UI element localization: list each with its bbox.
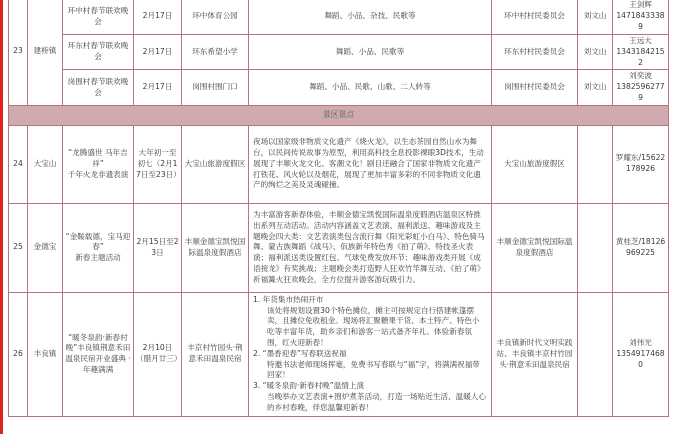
town-name: 大宝山 <box>28 125 63 203</box>
event-leader: 刘文山 <box>578 0 613 35</box>
event-contact: 刘奕波 13825962779 <box>613 70 669 105</box>
table-row: 25 金德宝 “金鞍载德，宝马迎春” 新春主题活动 2月15日至23日 丰顺金德… <box>9 203 669 292</box>
town-name: 金德宝 <box>28 203 63 292</box>
event-name: 岗围村春节联欢晚会 <box>63 70 134 105</box>
content-item-title: 1. 年货集市热闹开市 <box>253 295 487 306</box>
event-venue: 丰京村竹园头·荆意禾田温泉民宿 <box>182 292 249 416</box>
event-content: 1. 年货集市热闹开市 该处将规划设置30个特色摊位，摊主可按规定自行搭建帐篷摆… <box>249 292 492 416</box>
table-row: 26 丰良镇 “暖冬泉韵·新春村晚”丰良镇荆意禾田温泉民宿开业盛典 · 年趣满满… <box>9 292 669 416</box>
event-title: “龙腾盛世 马年吉祥” <box>65 148 131 170</box>
section-header-scenic: 景区景点 <box>9 105 669 125</box>
town-name: 建桥镇 <box>28 0 63 105</box>
row-number: 25 <box>9 203 28 292</box>
event-content: 舞蹈、小品、民歌等 <box>249 35 492 70</box>
table-row: 23 建桥镇 环中村春节联欢晚会 2月17日 环中体育公园 舞蹈、小品、杂技、民… <box>9 0 669 35</box>
content-item-body: 特邀书法老师现场挥毫，免费书写春联与“福”字，将满满祝福带回家！ <box>253 360 487 382</box>
event-organizer: 岗围村村民委员会 <box>492 70 578 105</box>
row-number: 24 <box>9 125 28 203</box>
section-row: 景区景点 <box>9 105 669 125</box>
contact-phone: 13825962779 <box>615 82 666 104</box>
table-row: 24 大宝山 “龙腾盛世 马年吉祥” 千年火龙非遗表演 大年初一至初七（2月17… <box>9 125 669 203</box>
event-subtitle: 新春主题活动 <box>65 253 131 264</box>
event-subtitle: 千年火龙非遗表演 <box>65 170 131 181</box>
content-item-title: 3. “暖冬泉韵·新春村晚”温情上演 <box>253 381 487 392</box>
event-leader <box>578 203 613 292</box>
event-contact: 王剑辉 14718433389 <box>613 0 669 35</box>
event-title: “金鞍载德，宝马迎春” <box>65 232 131 254</box>
event-date: 2月17日 <box>134 0 182 35</box>
left-accent-bar <box>0 0 3 434</box>
event-organizer: 丰顺金德宝凯悦国际温泉度假酒店 <box>492 203 578 292</box>
event-content: 舞蹈、小品、杂技、民歌等 <box>249 0 492 35</box>
event-date: 2月17日 <box>134 35 182 70</box>
content-item-body: 当晚举办文艺表演+围炉煮茶活动，打造一场贴近生活、温暖人心的乡村春晚，伴您温馨迎… <box>253 392 487 414</box>
event-organizer: 环东村村民委员会 <box>492 35 578 70</box>
contact-name: 王剑辉 <box>615 0 666 11</box>
contact-name: 刘奕波 <box>615 71 666 82</box>
event-leader <box>578 125 613 203</box>
event-content: 舞蹈、小品、民歌、山歌、二人转等 <box>249 70 492 105</box>
event-organizer: 大宝山旅游度假区 <box>492 125 578 203</box>
event-leader <box>578 292 613 416</box>
event-content: 夜场以国家级非物质文化遗产《烧火龙》，以生态茶园自然山水为舞台，以民间传说故事为… <box>249 125 492 203</box>
contact-name: 刘伟光 <box>615 338 666 349</box>
row-number: 26 <box>9 292 28 416</box>
contact-name: 王远大 <box>615 36 666 47</box>
event-date: 2月15日至23日 <box>134 203 182 292</box>
contact-phone: 13431842152 <box>615 47 666 69</box>
event-organizer: 环中村村民委员会 <box>492 0 578 35</box>
event-name: 环东村春节联欢晚会 <box>63 35 134 70</box>
content-item-title: 2. “墨香迎春”写春联送祝福 <box>253 349 487 360</box>
event-name: “金鞍载德，宝马迎春” 新春主题活动 <box>63 203 134 292</box>
event-contact: 黄桂芝/18126969225 <box>613 203 669 292</box>
event-venue: 环中体育公园 <box>182 0 249 35</box>
events-table: 23 建桥镇 环中村春节联欢晚会 2月17日 环中体育公园 舞蹈、小品、杂技、民… <box>8 0 669 417</box>
event-content: 为丰富游客新春体验，丰顺金德宝凯悦国际温泉度假酒店温泉区特推出系列互动活动。活动… <box>249 203 492 292</box>
row-number: 23 <box>9 0 28 105</box>
event-leader: 刘文山 <box>578 70 613 105</box>
event-name: “龙腾盛世 马年吉祥” 千年火龙非遗表演 <box>63 125 134 203</box>
table-row: 环东村春节联欢晚会 2月17日 环东希望小学 舞蹈、小品、民歌等 环东村村民委员… <box>9 35 669 70</box>
table-row: 岗围村春节联欢晚会 2月17日 岗围村围门口 舞蹈、小品、民歌、山歌、二人转等 … <box>9 70 669 105</box>
event-name: 环中村春节联欢晚会 <box>63 0 134 35</box>
event-venue: 环东希望小学 <box>182 35 249 70</box>
event-venue: 大宝山旅游度假区 <box>182 125 249 203</box>
content-item-body: 该处将规划设置30个特色摊位，摊主可按规定自行搭建帐篷摆卖，且摊位免收租金。现场… <box>253 306 487 349</box>
town-name: 丰良镇 <box>28 292 63 416</box>
event-date: 2月17日 <box>134 70 182 105</box>
event-venue: 岗围村围门口 <box>182 70 249 105</box>
event-contact: 罗耀东/15622178926 <box>613 125 669 203</box>
event-venue: 丰顺金德宝凯悦国际温泉度假酒店 <box>182 203 249 292</box>
event-date: 2月10日（腊月廿三） <box>134 292 182 416</box>
event-contact: 王远大 13431842152 <box>613 35 669 70</box>
event-organizer: 丰良镇新时代文明实践站、丰良镇丰京村竹园头·荆意禾田温泉民宿 <box>492 292 578 416</box>
event-date: 大年初一至初七（2月17日至23日） <box>134 125 182 203</box>
event-name: “暖冬泉韵·新春村晚”丰良镇荆意禾田温泉民宿开业盛典 · 年趣满满 <box>63 292 134 416</box>
event-leader: 刘文山 <box>578 35 613 70</box>
contact-phone: 13549174680 <box>615 349 666 371</box>
event-contact: 刘伟光 13549174680 <box>613 292 669 416</box>
contact-phone: 14718433389 <box>615 11 666 33</box>
